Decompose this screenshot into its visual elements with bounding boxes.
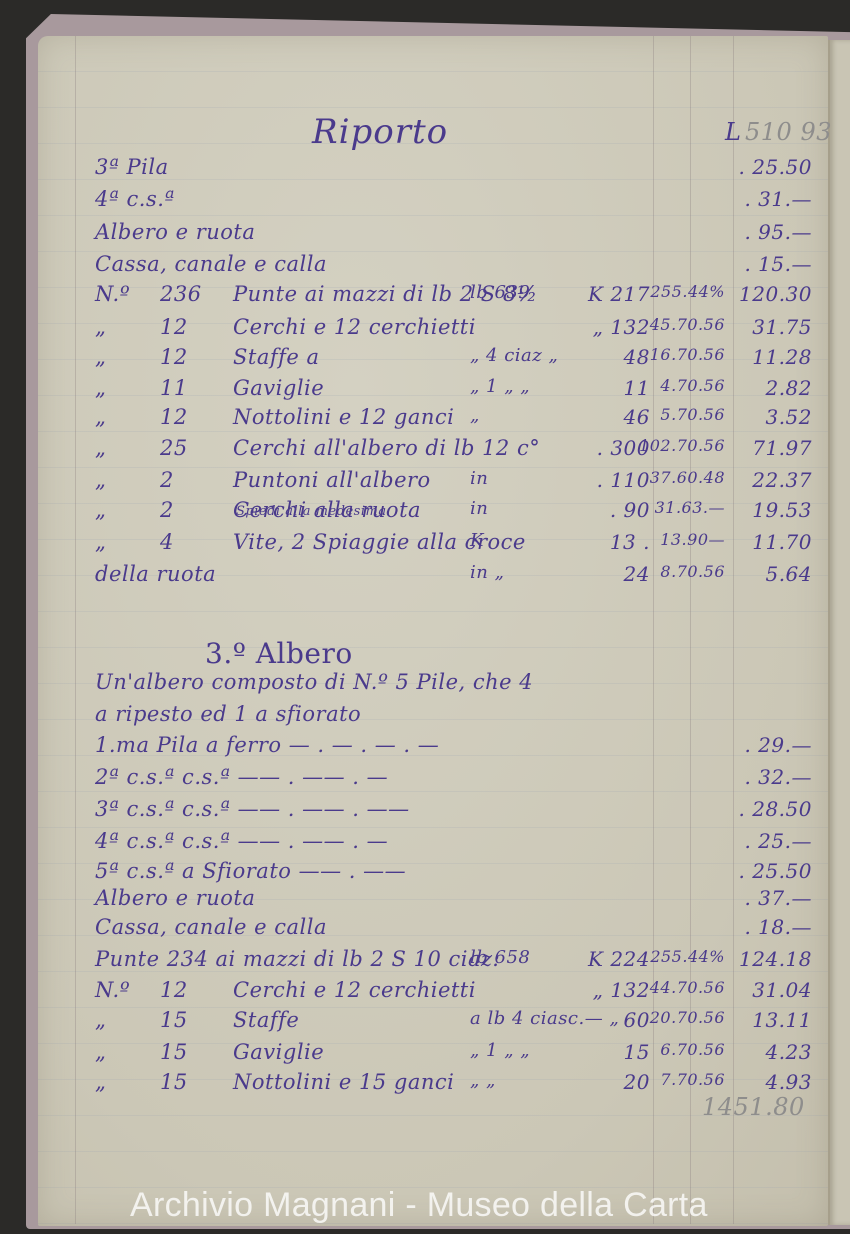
pencil-grand-total: 1451.80 [702,1093,805,1121]
cell-qty-prefix: N.º [95,978,130,1002]
cell-amount: 22.37 [752,468,812,492]
cell-rate: 5.70.56 [660,405,725,424]
cell-description: Albero e ruota [95,886,255,910]
cell-rate: 102.70.56 [639,436,725,455]
cell-description: della ruota [95,562,216,586]
cell-detail: in [470,468,488,489]
cell-amount: 31.04 [752,978,812,1002]
ledger-row: „25Cerchi all'albero di lb 12 c°. 300102… [0,436,850,466]
cell-description: 1.ma Pila a ferro — . — . — . — [95,733,439,757]
cell-quantity: 2 [160,498,174,522]
cell-description: Gaviglie [233,376,324,400]
cell-amount: 11.28 [752,345,812,369]
cell-rate: 13.90— [660,530,725,549]
cell-rate: 4.70.56 [660,376,725,395]
cell-description: 5ª c.s.ª a Sfiorato —— . —— [95,859,406,883]
cell-weight: 60 [624,1008,650,1032]
cell-weight: 20 [624,1070,650,1094]
cell-amount: . 37.— [744,886,812,910]
cell-qty-prefix: „ [95,315,106,339]
cell-detail: lb 639 [470,282,530,303]
ledger-row: „2Cerchi alla ruotain. 9031.63.—19.53 [0,498,850,528]
cell-description: Cerchi all'albero di lb 12 c° [233,436,540,460]
ledger-row: 4ª c.s.ª c.s.ª —— . —— . —. 25.— [0,829,850,859]
section-intro-line-2: a ripesto ed 1 a sfiorato [95,702,361,726]
cell-amount: . 28.50 [739,797,812,821]
cell-detail: „ „ [470,1070,496,1091]
cell-amount: 11.70 [752,530,812,554]
ledger-row: 3ª c.s.ª c.s.ª —— . —— . ——. 28.50 [0,797,850,827]
cell-description: 2ª c.s.ª c.s.ª —— . —— . — [95,765,388,789]
cell-description: Nottolini e 15 ganci [233,1070,454,1094]
cell-amount: 4.93 [765,1070,812,1094]
cell-amount: 4.23 [765,1040,812,1064]
cell-rate: 37.60.48 [650,468,725,487]
cell-amount: . 32.— [744,765,812,789]
cell-quantity: 15 [160,1040,188,1064]
cell-description: Staffe [233,1008,299,1032]
cell-quantity: 12 [160,978,188,1002]
interlinear-note: Spiedi alla medesima [236,504,387,519]
cell-amount: 120.30 [739,282,812,306]
cell-rate: 44.70.56 [650,978,725,997]
ledger-row: N.º236Punte ai mazzi di lb 2 S 8½lb 639K… [0,282,850,312]
cell-qty-prefix: „ [95,436,106,460]
cell-description: Nottolini e 12 ganci [233,405,454,429]
ledger-row: N.º12Cerchi e 12 cerchietti„ 13244.70.56… [0,978,850,1008]
cell-weight: . 110 [597,468,650,492]
cell-description: Cerchi e 12 cerchietti [233,978,476,1002]
cell-description: Staffe a [233,345,320,369]
cell-rate: 255.44% [650,282,725,301]
cell-quantity: 12 [160,405,188,429]
cell-amount: . 15.— [744,252,812,276]
cell-amount: 5.64 [765,562,812,586]
ledger-row: della ruotain „248.70.565.64 [0,562,850,592]
cell-amount: 2.82 [765,376,812,400]
cell-qty-prefix: „ [95,498,106,522]
cell-qty-prefix: „ [95,1070,106,1094]
cell-detail: a lb 4 ciasc.— „ [470,1008,619,1029]
cell-quantity: 12 [160,315,188,339]
ledger-row: „12Cerchi e 12 cerchietti„ 13245.70.5631… [0,315,850,345]
cell-detail: lb 658 [470,947,530,968]
ledger-row: Punte 234 ai mazzi di lb 2 S 10 ciaz:lb … [0,947,850,977]
cell-amount: 3.52 [765,405,812,429]
cell-amount: . 25.50 [739,859,812,883]
cell-description: 3ª c.s.ª c.s.ª —— . —— . —— [95,797,410,821]
cell-quantity: 236 [160,282,202,306]
cell-description: Cerchi e 12 cerchietti [233,315,476,339]
cell-weight: „ 132 [593,315,650,339]
cell-detail: K [470,530,484,551]
cell-amount: . 18.— [744,915,812,939]
cell-rate: 7.70.56 [660,1070,725,1089]
cell-rate: 255.44% [650,947,725,966]
cell-amount: 31.75 [752,315,812,339]
cell-description: Gaviglie [233,1040,324,1064]
carried-total: L [725,118,741,146]
ledger-row: „2Puntoni all'alberoin. 11037.60.4822.37 [0,468,850,498]
ledger-row: Albero e ruota. 95.— [0,220,850,250]
cell-rate: 6.70.56 [660,1040,725,1059]
cell-description: Punte 234 ai mazzi di lb 2 S 10 ciaz: [95,947,500,971]
cell-qty-prefix: „ [95,345,106,369]
cell-quantity: 25 [160,436,188,460]
cell-qty-prefix: „ [95,405,106,429]
cell-weight: 11 [624,376,650,400]
ledger-row: 2ª c.s.ª c.s.ª —— . —— . —. 32.— [0,765,850,795]
cell-quantity: 4 [160,530,174,554]
cell-quantity: 15 [160,1008,188,1032]
cell-weight: K 217 [588,282,650,306]
ledger-row: 1.ma Pila a ferro — . — . — . —. 29.— [0,733,850,763]
cell-detail: „ [470,405,480,426]
ledger-row: Cassa, canale e calla. 18.— [0,915,850,945]
cell-qty-prefix: „ [95,468,106,492]
ledger-row: „12Staffe a„ 4 ciaz „4816.70.5611.28 [0,345,850,375]
cell-weight: 46 [624,405,650,429]
cell-weight: 24 [624,562,650,586]
carried-total-pencil: 510 93 [745,118,832,146]
cell-detail: „ 1 „ „ [470,1040,530,1061]
cell-detail: in [470,498,488,519]
cell-quantity: 11 [160,376,188,400]
ledger-row: „4Vite, 2 Spiaggie alla croceK13 .13.90—… [0,530,850,560]
cell-amount: . 25.50 [739,155,812,179]
ledger-row: 4ª c.s.ª. 31.— [0,187,850,217]
cell-qty-prefix: „ [95,1008,106,1032]
cell-description: Puntoni all'albero [233,468,431,492]
cell-description: 4ª c.s.ª [95,187,175,211]
cell-rate: 31.63.— [655,498,725,517]
cell-amount: 71.97 [752,436,812,460]
ledger-row: Cassa, canale e calla. 15.— [0,252,850,282]
cell-weight: K 224 [588,947,650,971]
cell-rate: 45.70.56 [650,315,725,334]
cell-amount: . 95.— [744,220,812,244]
cell-description: 4ª c.s.ª c.s.ª —— . —— . — [95,829,388,853]
ledger-row: „15Gaviglie„ 1 „ „156.70.564.23 [0,1040,850,1070]
ledger-row: 5ª c.s.ª a Sfiorato —— . ——. 25.50 [0,859,850,889]
cell-weight: 15 [624,1040,650,1064]
cell-description: 3ª Pila [95,155,169,179]
ledger-row: Albero e ruota. 37.— [0,886,850,916]
cell-qty-prefix: „ [95,1040,106,1064]
cell-amount: . 29.— [744,733,812,757]
cell-quantity: 12 [160,345,188,369]
cell-qty-prefix: „ [95,530,106,554]
page-title: Riporto [312,112,448,152]
cell-description: Cassa, canale e calla [95,915,327,939]
cell-quantity: 2 [160,468,174,492]
ledger-row: „11Gaviglie„ 1 „ „114.70.562.82 [0,376,850,406]
ledger-row: 3ª Pila. 25.50 [0,155,850,185]
cell-detail: in „ [470,562,504,583]
cell-description: Cassa, canale e calla [95,252,327,276]
cell-detail: „ 1 „ „ [470,376,530,397]
ledger-row: „12Nottolini e 12 ganci„465.70.563.52 [0,405,850,435]
cell-amount: . 31.— [744,187,812,211]
cell-weight: 48 [624,345,650,369]
archive-watermark: Archivio Magnani - Museo della Carta [130,1186,708,1225]
section-heading: 3.º Albero [205,637,353,670]
section-intro-line-1: Un'albero composto di N.º 5 Pile, che 4 [95,670,533,694]
cell-detail: „ 4 ciaz „ [470,345,558,366]
cell-qty-prefix: „ [95,376,106,400]
cell-amount: 13.11 [752,1008,812,1032]
cell-amount: . 25.— [744,829,812,853]
cell-qty-prefix: N.º [95,282,130,306]
cell-amount: 124.18 [739,947,812,971]
cell-rate: 20.70.56 [650,1008,725,1027]
ledger-row: „15Staffea lb 4 ciasc.— „6020.70.5613.11 [0,1008,850,1038]
cell-quantity: 15 [160,1070,188,1094]
cell-weight: „ 132 [593,978,650,1002]
cell-amount: 19.53 [752,498,812,522]
cell-rate: 16.70.56 [650,345,725,364]
cell-weight: . 90 [610,498,650,522]
cell-description: Albero e ruota [95,220,255,244]
cell-rate: 8.70.56 [660,562,725,581]
cell-weight: 13 . [610,530,650,554]
